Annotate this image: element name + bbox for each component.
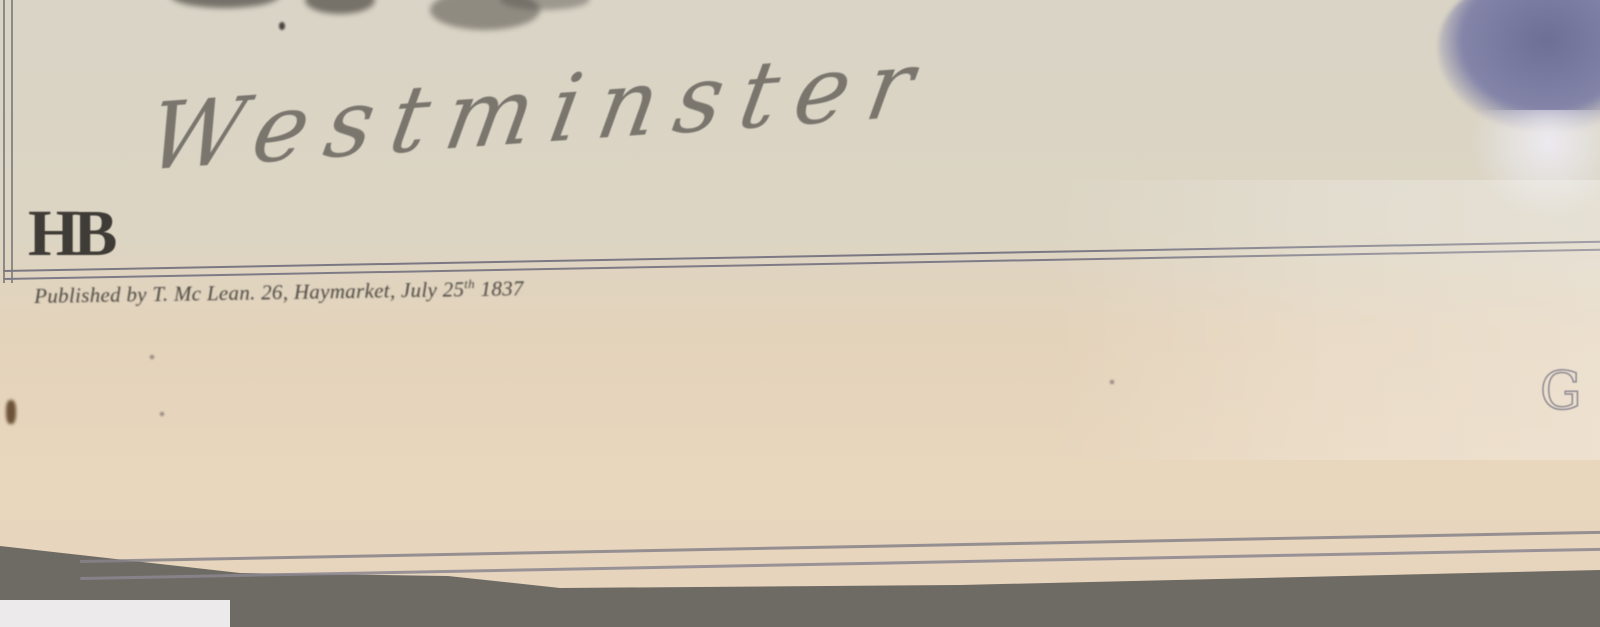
imprint-year: 1837 <box>480 276 524 301</box>
figure-highlight <box>1470 110 1600 220</box>
artist-monogram: HB <box>28 196 111 272</box>
imprint-superscript: th <box>464 276 475 291</box>
paper-speck <box>1110 380 1114 384</box>
corner-letter-mark: G <box>1540 362 1582 422</box>
plate-border-left <box>3 0 13 283</box>
paper-speck <box>160 412 164 416</box>
background-surface <box>0 600 230 627</box>
ink-speck <box>279 22 285 30</box>
paper-stain <box>6 400 16 424</box>
paper-speck <box>150 355 154 359</box>
